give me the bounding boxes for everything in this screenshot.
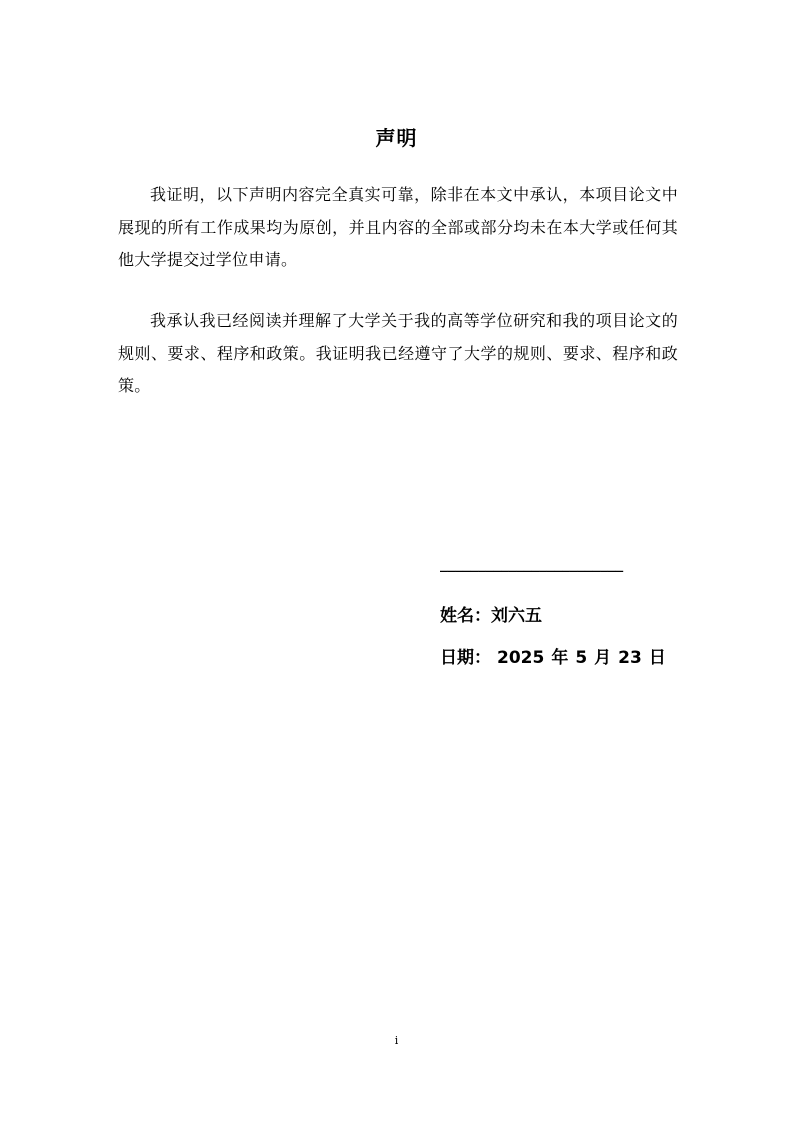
date-row: 日期：2025年5月23日 — [440, 646, 680, 670]
signature-line: ________________________ — [440, 556, 666, 576]
name-value: 刘六五 — [491, 606, 542, 626]
declaration-paragraph-originality: 我证明，以下声明内容完全真实可靠，除非在本文中承认，本项目论文中展现的所有工作成… — [118, 179, 678, 277]
date-month-unit: 月 — [594, 648, 611, 668]
declaration-paragraph-compliance: 我承认我已经阅读并理解了大学关于我的高等学位研究和我的项目论文的规则、要求、程序… — [118, 305, 678, 403]
page-title: 声明 — [0, 124, 793, 152]
date-label: 日期： — [440, 648, 491, 668]
date-day: 23 — [618, 648, 642, 668]
date-year: 2025 — [497, 648, 544, 668]
date-year-unit: 年 — [551, 648, 568, 668]
page-number: i — [0, 1034, 793, 1048]
date-day-unit: 日 — [649, 648, 666, 668]
name-row: 姓名：刘六五 — [440, 604, 680, 628]
name-label: 姓名： — [440, 606, 491, 626]
signature-block: ________________________ 姓名：刘六五 日期：2025年… — [440, 556, 680, 670]
document-page: 声明 我证明，以下声明内容完全真实可靠，除非在本文中承认，本项目论文中展现的所有… — [0, 0, 793, 1122]
date-month: 5 — [575, 648, 587, 668]
